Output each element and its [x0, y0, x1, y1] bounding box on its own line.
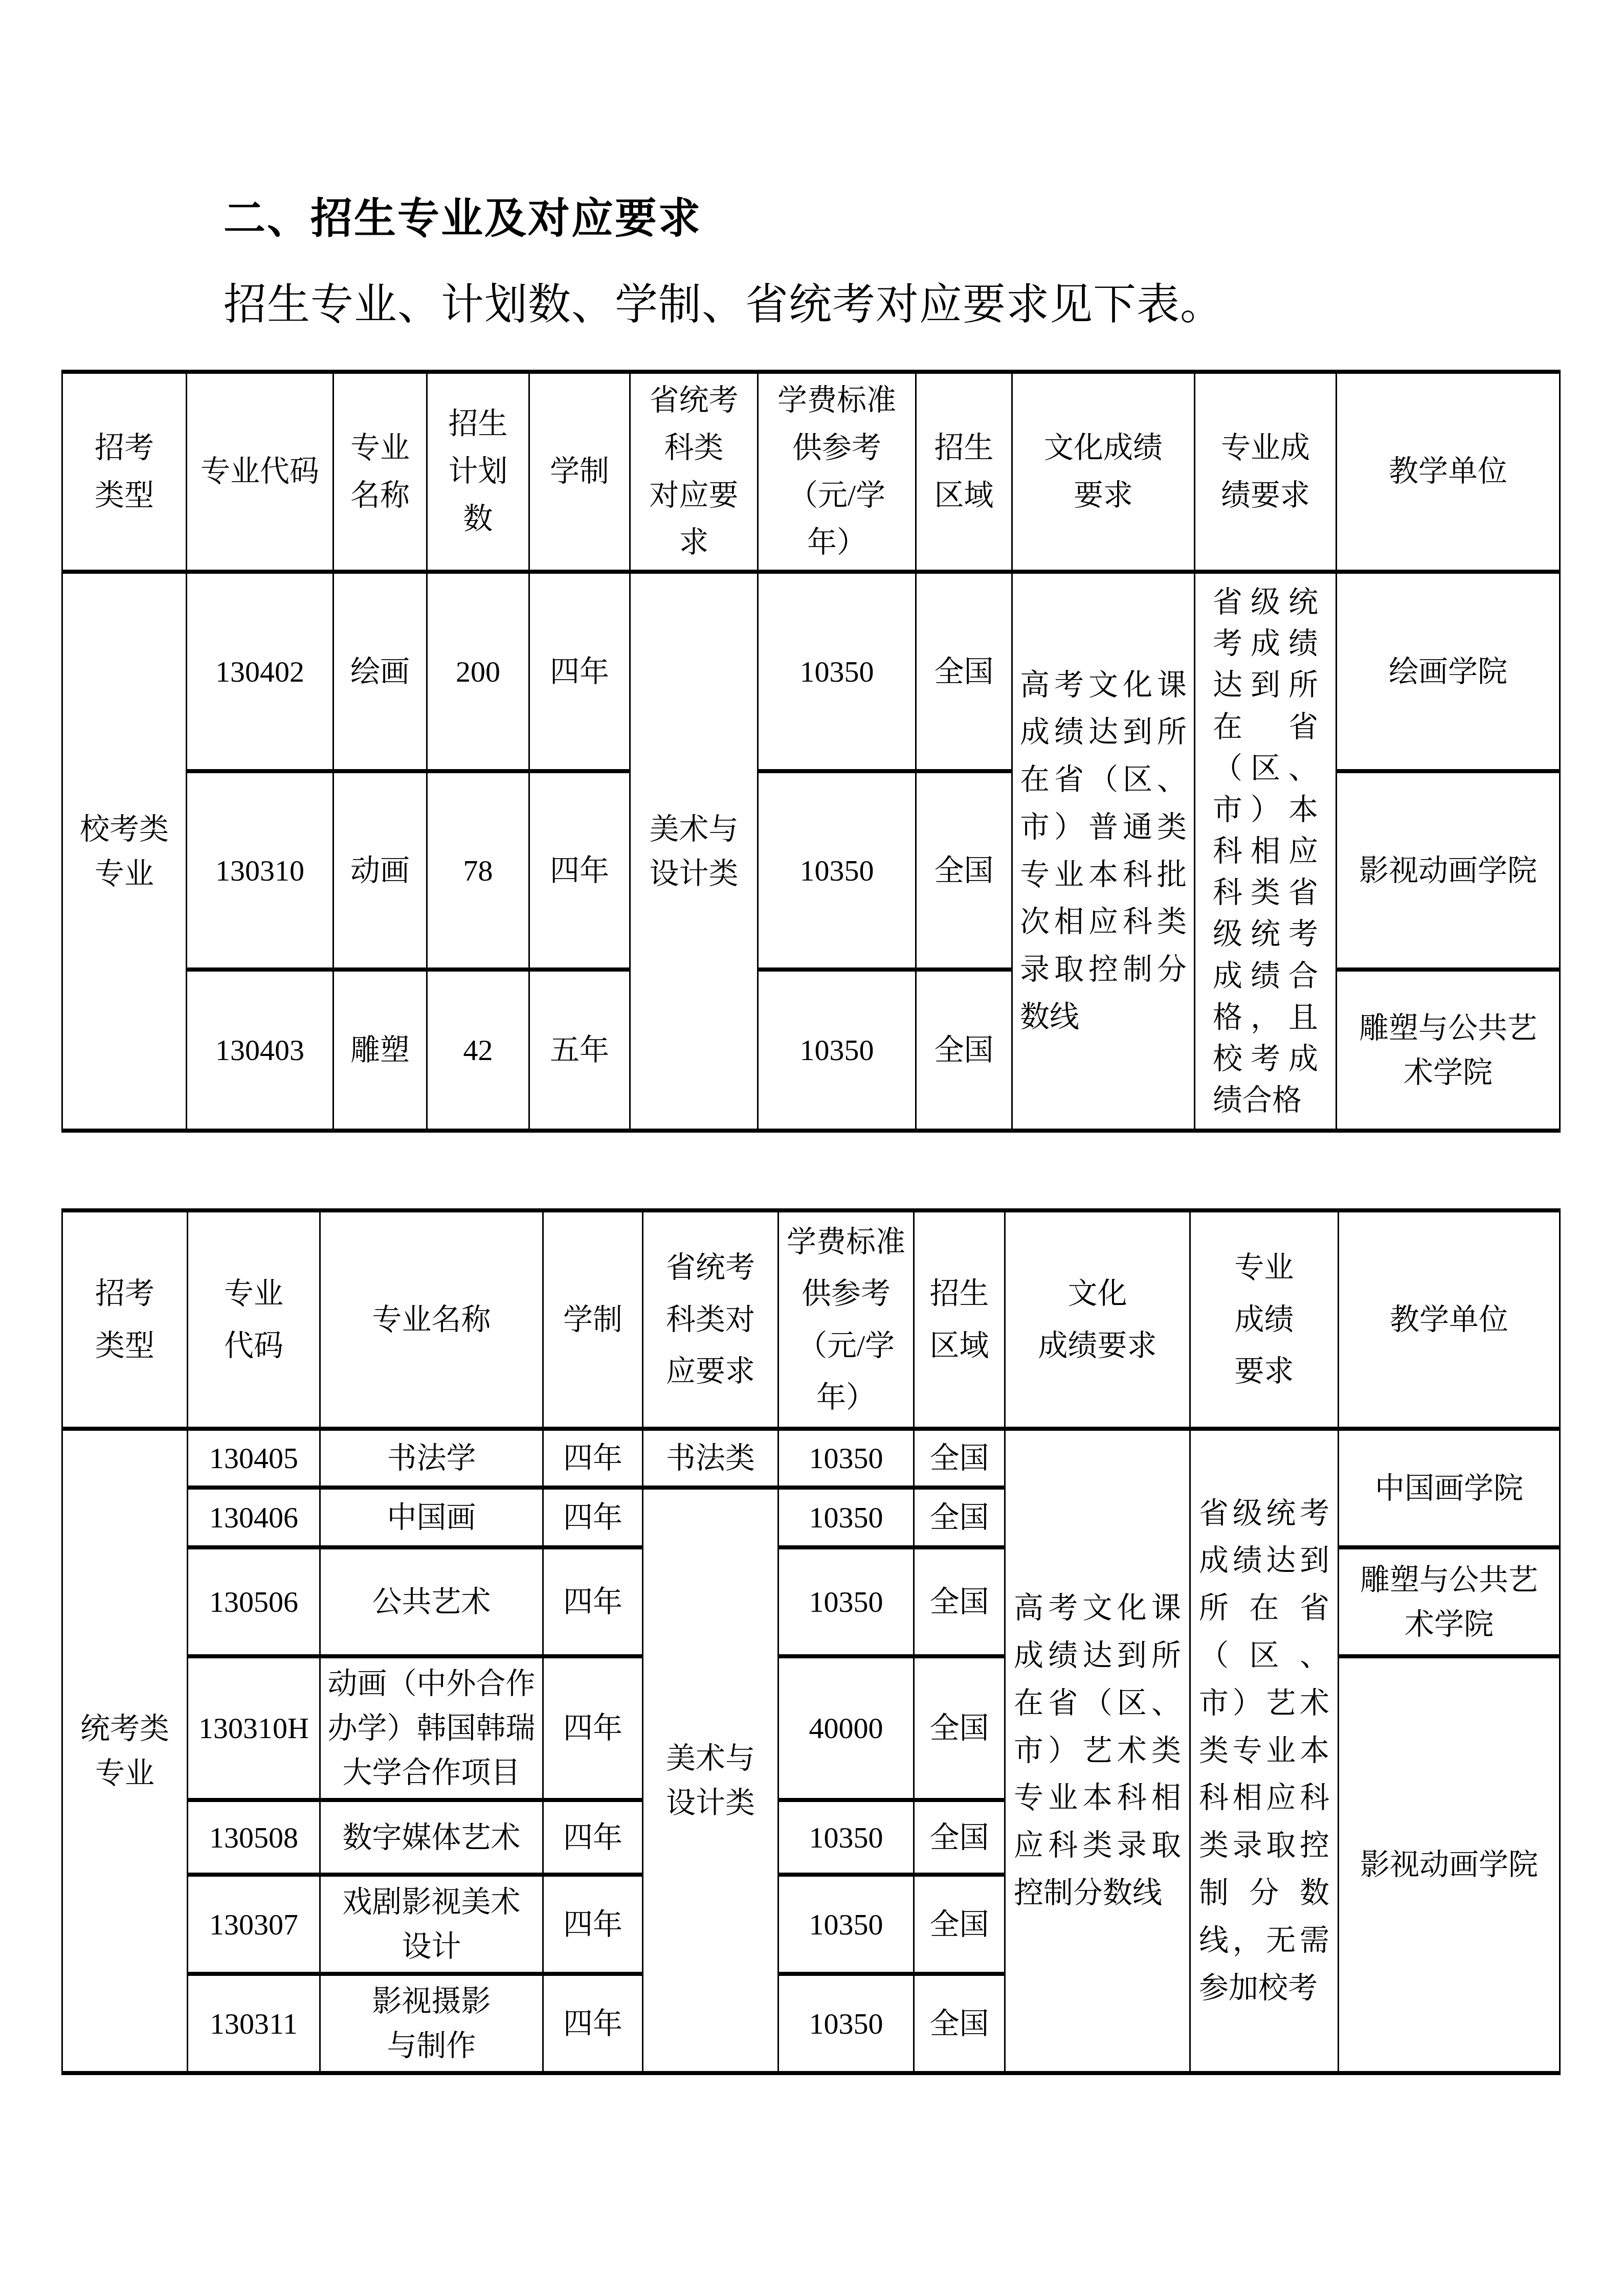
- major-code-cell: 130310H: [188, 1656, 320, 1800]
- header-provincial-exam-subject: 省统考 科类 对应要 求: [630, 372, 758, 572]
- study-length-cell: 四年: [543, 1547, 643, 1656]
- teaching-unit-cell: 雕塑与公共艺 术学院: [1339, 1547, 1560, 1656]
- tuition-cell: 10350: [778, 1974, 914, 2073]
- section-heading: 二、招生专业及对应要求: [224, 185, 702, 245]
- header-culture-score-req: 文化 成绩要求: [1005, 1210, 1190, 1429]
- enroll-region-cell: 全国: [914, 1547, 1005, 1656]
- tuition-cell: 10350: [778, 1875, 914, 1974]
- header-major-score-req: 专业成 绩要求: [1195, 372, 1337, 572]
- header-major-name: 专业名称: [320, 1210, 543, 1429]
- enroll-region-cell: 全国: [916, 771, 1012, 970]
- teaching-unit-cell: 绘画学院: [1337, 572, 1560, 771]
- major-name-cell: 中国画: [320, 1488, 543, 1547]
- school-exam-majors-table: 招考 类型 专业代码 专业 名称 招生 计划 数 学制 省统考 科类 对应要 求…: [61, 370, 1561, 1133]
- major-code-cell: 130310: [187, 771, 333, 970]
- unified-exam-majors-table: 招考 类型 专业 代码 专业名称 学制 省统考 科类对 应要求 学费标准 供参考…: [61, 1208, 1561, 2075]
- major-code-cell: 130311: [188, 1974, 320, 2073]
- enroll-region-cell: 全国: [914, 1488, 1005, 1547]
- header-exam-category: 招考 类型: [62, 372, 187, 572]
- major-name-cell: 书法学: [320, 1429, 543, 1488]
- major-name-cell: 动画（中外合作 办学）韩国韩瑞 大学合作项目: [320, 1656, 543, 1800]
- header-major-name: 专业 名称: [333, 372, 427, 572]
- header-teaching-unit: 教学单位: [1339, 1210, 1560, 1429]
- enroll-region-cell: 全国: [916, 572, 1012, 771]
- study-length-cell: 四年: [543, 1875, 643, 1974]
- culture-score-req-cell: 高考文化课成绩达到所在省（区、市）艺术类专业本科相应科类录取控制分数线: [1005, 1429, 1190, 2073]
- enroll-region-cell: 全国: [914, 1800, 1005, 1875]
- tuition-cell: 10350: [758, 970, 916, 1131]
- exam-category-cell: 校考类 专业: [62, 572, 187, 1131]
- study-length-cell: 四年: [543, 1429, 643, 1488]
- table-row: 统考类 专业 130405 书法学 四年 书法类 10350 全国 高考文化课成…: [62, 1429, 1560, 1488]
- header-tuition: 学费标准 供参考 （元/学 年）: [758, 372, 916, 572]
- intro-text: 招生专业、计划数、学制、省统考对应要求见下表。: [224, 270, 1223, 332]
- enroll-region-cell: 全国: [916, 970, 1012, 1131]
- enroll-region-cell: 全国: [914, 1429, 1005, 1488]
- major-score-req-cell: 省级统考成绩达到所在省（区、市）艺术类专业本科相应科类录取控制分数线，无需参加校…: [1190, 1429, 1339, 2073]
- major-code-cell: 130403: [187, 970, 333, 1131]
- exam-category-cell: 统考类 专业: [62, 1429, 188, 2073]
- enrollment-plan-cell: 200: [427, 572, 529, 771]
- tuition-cell: 10350: [758, 572, 916, 771]
- enrollment-plan-cell: 78: [427, 771, 529, 970]
- header-enroll-region: 招生 区域: [914, 1210, 1005, 1429]
- header-enroll-region: 招生 区域: [916, 372, 1012, 572]
- major-score-req-cell: 省级统考成绩达到所在省（区、市）本科相应科类省级统考成绩合格，且校考成绩合格: [1195, 572, 1337, 1131]
- provincial-exam-subject-cell: 书法类: [643, 1429, 778, 1488]
- provincial-exam-subject-cell: 美术与 设计类: [643, 1488, 778, 2073]
- header-culture-score-req: 文化成绩 要求: [1012, 372, 1195, 572]
- provincial-exam-subject-cell: 美术与 设计类: [630, 572, 758, 1131]
- teaching-unit-cell: 中国画学院: [1339, 1429, 1560, 1547]
- major-code-cell: 130508: [188, 1800, 320, 1875]
- header-study-length: 学制: [529, 372, 630, 572]
- header-provincial-exam-subject: 省统考 科类对 应要求: [643, 1210, 778, 1429]
- table-row: 校考类 专业 130402 绘画 200 四年 美术与 设计类 10350 全国…: [62, 572, 1560, 771]
- study-length-cell: 四年: [543, 1800, 643, 1875]
- document-page: 二、招生专业及对应要求 招生专业、计划数、学制、省统考对应要求见下表。 招考 类…: [0, 0, 1624, 2296]
- tuition-cell: 10350: [778, 1800, 914, 1875]
- major-name-cell: 数字媒体艺术: [320, 1800, 543, 1875]
- header-study-length: 学制: [543, 1210, 643, 1429]
- major-code-cell: 130402: [187, 572, 333, 771]
- tuition-cell: 10350: [778, 1488, 914, 1547]
- header-tuition: 学费标准 供参考 （元/学 年）: [778, 1210, 914, 1429]
- study-length-cell: 五年: [529, 970, 630, 1131]
- teaching-unit-cell: 雕塑与公共艺 术学院: [1337, 970, 1560, 1131]
- header-major-score-req: 专业 成绩 要求: [1190, 1210, 1339, 1429]
- header-major-code: 专业代码: [187, 372, 333, 572]
- teaching-unit-cell: 影视动画学院: [1337, 771, 1560, 970]
- table-header-row: 招考 类型 专业代码 专业 名称 招生 计划 数 学制 省统考 科类 对应要 求…: [62, 372, 1560, 572]
- table-header-row: 招考 类型 专业 代码 专业名称 学制 省统考 科类对 应要求 学费标准 供参考…: [62, 1210, 1560, 1429]
- major-name-cell: 动画: [333, 771, 427, 970]
- major-name-cell: 戏剧影视美术 设计: [320, 1875, 543, 1974]
- enroll-region-cell: 全国: [914, 1656, 1005, 1800]
- major-code-cell: 130405: [188, 1429, 320, 1488]
- study-length-cell: 四年: [543, 1974, 643, 2073]
- major-code-cell: 130506: [188, 1547, 320, 1656]
- study-length-cell: 四年: [543, 1488, 643, 1547]
- culture-score-req-cell: 高考文化课成绩达到所在省（区、市）普通类专业本科批次相应科类录取控制分数线: [1012, 572, 1195, 1131]
- tuition-cell: 10350: [778, 1429, 914, 1488]
- header-exam-category: 招考 类型: [62, 1210, 188, 1429]
- enroll-region-cell: 全国: [914, 1875, 1005, 1974]
- major-name-cell: 公共艺术: [320, 1547, 543, 1656]
- study-length-cell: 四年: [529, 771, 630, 970]
- header-enrollment-plan: 招生 计划 数: [427, 372, 529, 572]
- enroll-region-cell: 全国: [914, 1974, 1005, 2073]
- major-name-cell: 雕塑: [333, 970, 427, 1131]
- tuition-cell: 40000: [778, 1656, 914, 1800]
- tuition-cell: 10350: [778, 1547, 914, 1656]
- study-length-cell: 四年: [543, 1656, 643, 1800]
- tuition-cell: 10350: [758, 771, 916, 970]
- study-length-cell: 四年: [529, 572, 630, 771]
- header-teaching-unit: 教学单位: [1337, 372, 1560, 572]
- teaching-unit-cell: 影视动画学院: [1339, 1656, 1560, 2073]
- major-code-cell: 130406: [188, 1488, 320, 1547]
- major-name-cell: 影视摄影 与制作: [320, 1974, 543, 2073]
- major-name-cell: 绘画: [333, 572, 427, 771]
- header-major-code: 专业 代码: [188, 1210, 320, 1429]
- major-code-cell: 130307: [188, 1875, 320, 1974]
- enrollment-plan-cell: 42: [427, 970, 529, 1131]
